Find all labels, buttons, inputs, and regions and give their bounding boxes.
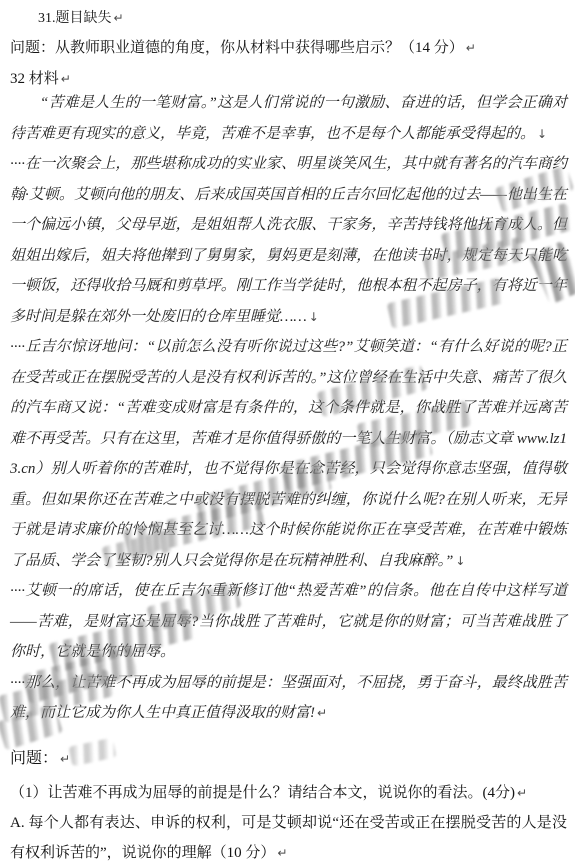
paragraph-mark-icon: ↵ (277, 846, 287, 860)
material-paragraph-text: “苦难是人生的一笔财富。”这是人们常说的一句激励、奋进的话，但学会正确对待苦难更… (10, 95, 567, 142)
material-paragraph: ····在一次聚会上，那些堪称成功的实业家、明星谈笑风生，其中就有著名的汽车商约… (10, 149, 567, 332)
material-32-heading-text: 32 材料 (10, 71, 59, 87)
questions-label: 问题：↵ (10, 748, 70, 770)
paragraph-mark-icon: ↵ (61, 72, 71, 86)
question-1-text: （1）让苦难不再成为屈辱的前提是什么？请结合本文，说说你的看法。(4分) (10, 785, 515, 801)
line-break-mark-icon: ↓ (309, 310, 319, 324)
paragraph-mark-icon: ↵ (317, 706, 327, 720)
question-a-text: A. 每个人都有表达、申诉的权利，可是艾顿却说“还在受苦或正在摆脱受苦的人是没有… (10, 815, 567, 861)
material-paragraph: ····艾顿一的席话，使在丘吉尔重新修订他“热爱苦难”的信条。他在自传中这样写道… (10, 576, 567, 668)
question-31-prompt-text: 问题：从教师职业道德的角度，你从材料中获得哪些启示？（14 分） (10, 40, 464, 56)
line-break-mark-icon: ↓ (455, 554, 465, 568)
paragraph-mark-icon: ↵ (60, 752, 70, 766)
question-a: A. 每个人都有表达、申诉的权利，可是艾顿却说“还在受苦或正在摆脱受苦的人是没有… (10, 808, 567, 867)
item-31-title-text: 31.题目缺失 (38, 11, 112, 26)
material-passage: “苦难是人生的一笔财富。”这是人们常说的一句激励、奋进的话，但学会正确对待苦难更… (10, 88, 567, 729)
material-paragraph: ····那么，让苦难不再成为屈辱的前提是：坚强面对，不屈挠，勇于奋斗，最终战胜苦… (10, 668, 567, 729)
material-paragraph-text: ····艾顿一的席话，使在丘吉尔重新修订他“热爱苦难”的信条。他在自传中这样写道… (10, 583, 567, 660)
material-paragraph: ····丘吉尔惊讶地问：“以前怎么没有听你说过这些?”艾顿笑道：“有什么好说的呢… (10, 332, 567, 576)
material-paragraph: “苦难是人生的一笔财富。”这是人们常说的一句激励、奋进的话，但学会正确对待苦难更… (10, 88, 567, 149)
material-paragraph-text: ····丘吉尔惊讶地问：“以前怎么没有听你说过这些?”艾顿笑道：“有什么好说的呢… (10, 339, 567, 569)
material-paragraph-text: ····在一次聚会上，那些堪称成功的实业家、明星谈笑风生，其中就有著名的汽车商约… (10, 156, 567, 325)
paragraph-mark-icon: ↵ (114, 11, 124, 25)
line-break-mark-icon: ↓ (537, 127, 547, 141)
paragraph-mark-icon: ↵ (466, 41, 476, 55)
questions-label-text: 问题： (10, 750, 58, 767)
item-31-title: 31.题目缺失↵ (38, 8, 124, 29)
material-paragraph-text: ····那么，让苦难不再成为屈辱的前提是：坚强面对，不屈挠，勇于奋斗，最终战胜苦… (10, 675, 567, 722)
question-1: （1）让苦难不再成为屈辱的前提是什么？请结合本文，说说你的看法。(4分)↵ (10, 782, 527, 804)
question-31-prompt: 问题：从教师职业道德的角度，你从材料中获得哪些启示？（14 分）↵ (10, 38, 476, 58)
watermark-smudge (68, 738, 116, 767)
material-32-heading: 32 材料↵ (10, 69, 71, 89)
paragraph-mark-icon: ↵ (517, 786, 527, 800)
